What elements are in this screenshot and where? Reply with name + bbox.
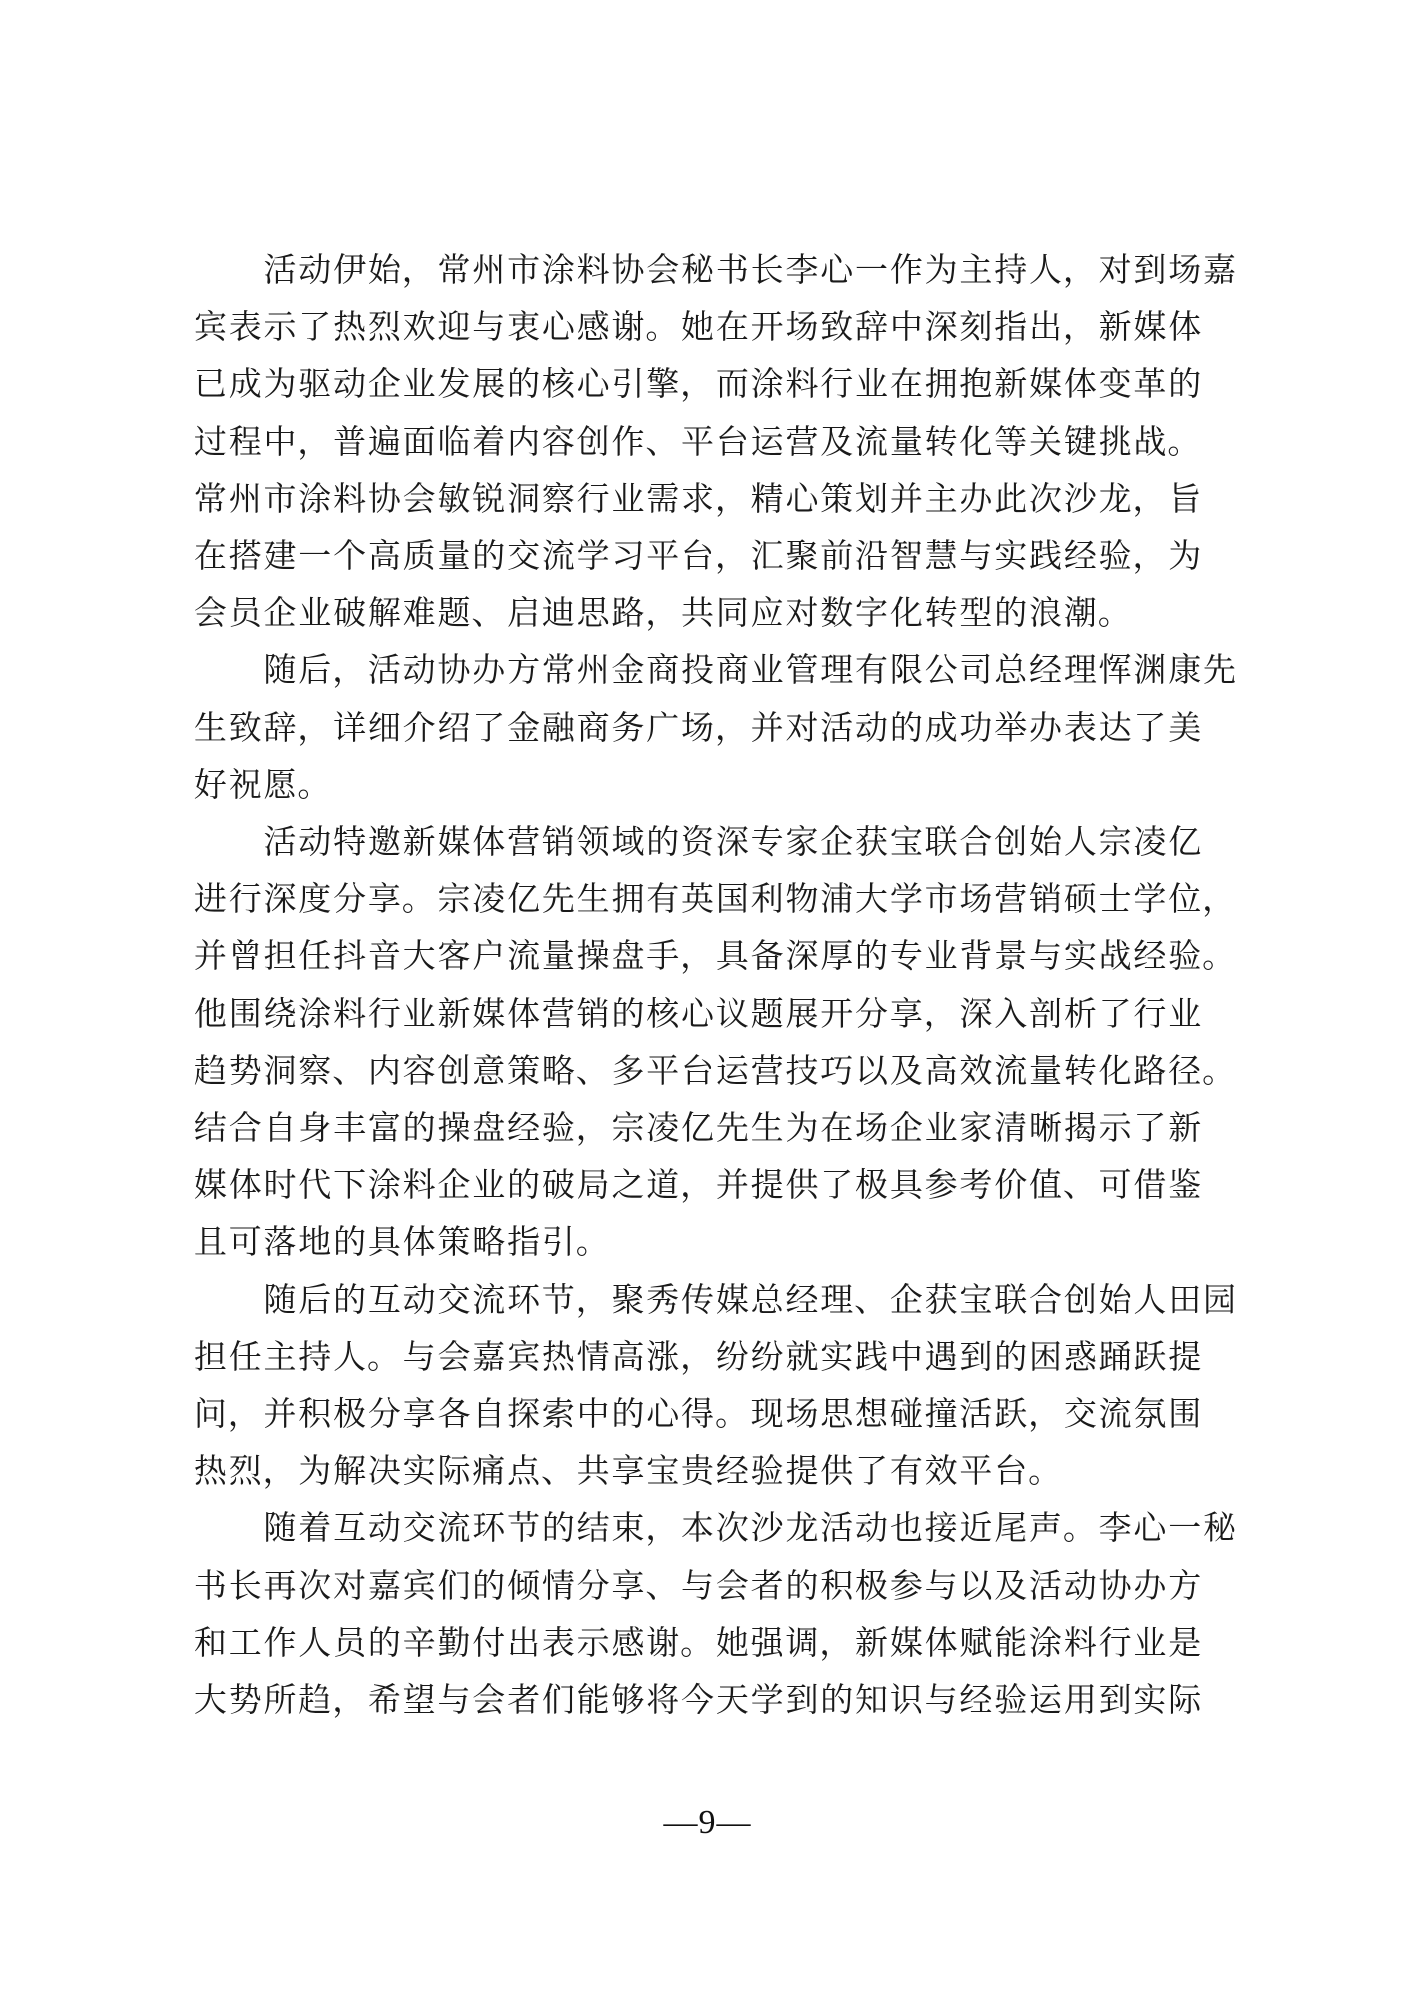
text-line: 已成为驱动企业发展的核心引擎，而涂料行业在拥抱新媒体变革的 <box>193 364 1202 404</box>
text-line: 大势所趋，希望与会者们能够将今天学到的知识与经验运用到实际 <box>193 1680 1202 1720</box>
text-line: 和工作人员的辛勤付出表示感谢。她强调，新媒体赋能涂料行业是 <box>193 1623 1202 1663</box>
text-line: 好祝愿。 <box>193 765 332 805</box>
text-line: 媒体时代下涂料企业的破局之道，并提供了极具参考价值、可借鉴 <box>193 1165 1202 1205</box>
text-line: 并曾担任抖音大客户流量操盘手，具备深厚的专业背景与实战经验。 <box>193 936 1237 976</box>
text-line: 担任主持人。与会嘉宾热情高涨，纷纷就实践中遇到的困惑踊跃提 <box>193 1337 1202 1377</box>
text-line: 他围绕涂料行业新媒体营销的核心议题展开分享，深入剖析了行业 <box>193 994 1202 1034</box>
text-line: 活动伊始，常州市涂料协会秘书长李心一作为主持人，对到场嘉 <box>193 250 1237 290</box>
text-line: 热烈，为解决实际痛点、共享宝贵经验提供了有效平台。 <box>193 1451 1063 1491</box>
text-line: 随着互动交流环节的结束，本次沙龙活动也接近尾声。李心一秘 <box>193 1508 1237 1548</box>
text-line: 活动特邀新媒体营销领域的资深专家企获宝联合创始人宗凌亿 <box>193 822 1202 862</box>
text-line: 书长再次对嘉宾们的倾情分享、与会者的积极参与以及活动协办方 <box>193 1566 1202 1606</box>
text-line: 进行深度分享。宗凌亿先生拥有英国利物浦大学市场营销硕士学位， <box>193 879 1237 919</box>
body-text: 活动伊始，常州市涂料协会秘书长李心一作为主持人，对到场嘉宾表示了热烈欢迎与衷心感… <box>193 0 1237 2000</box>
text-line: 过程中，普遍面临着内容创作、平台运营及流量转化等关键挑战。 <box>193 422 1202 462</box>
document-page: 活动伊始，常州市涂料协会秘书长李心一作为主持人，对到场嘉宾表示了热烈欢迎与衷心感… <box>0 0 1415 2000</box>
text-line: 生致辞，详细介绍了金融商务广场，并对活动的成功举办表达了美 <box>193 708 1202 748</box>
text-line: 随后的互动交流环节，聚秀传媒总经理、企获宝联合创始人田园 <box>193 1280 1237 1320</box>
text-line: 常州市涂料协会敏锐洞察行业需求，精心策划并主办此次沙龙，旨 <box>193 479 1202 519</box>
text-line: 问，并积极分享各自探索中的心得。现场思想碰撞活跃，交流氛围 <box>193 1394 1202 1434</box>
text-line: 且可落地的具体策略指引。 <box>193 1222 611 1262</box>
text-line: 趋势洞察、内容创意策略、多平台运营技巧以及高效流量转化路径。 <box>193 1051 1237 1091</box>
text-line: 在搭建一个高质量的交流学习平台，汇聚前沿智慧与实践经验，为 <box>193 536 1202 576</box>
text-line: 结合自身丰富的操盘经验，宗凌亿先生为在场企业家清晰揭示了新 <box>193 1108 1202 1148</box>
text-line: 会员企业破解难题、启迪思路，共同应对数字化转型的浪潮。 <box>193 593 1133 633</box>
page-number: —9— <box>0 1803 1415 1843</box>
text-line: 随后，活动协办方常州金商投商业管理有限公司总经理恽渊康先 <box>193 650 1237 690</box>
text-line: 宾表示了热烈欢迎与衷心感谢。她在开场致辞中深刻指出，新媒体 <box>193 307 1202 347</box>
